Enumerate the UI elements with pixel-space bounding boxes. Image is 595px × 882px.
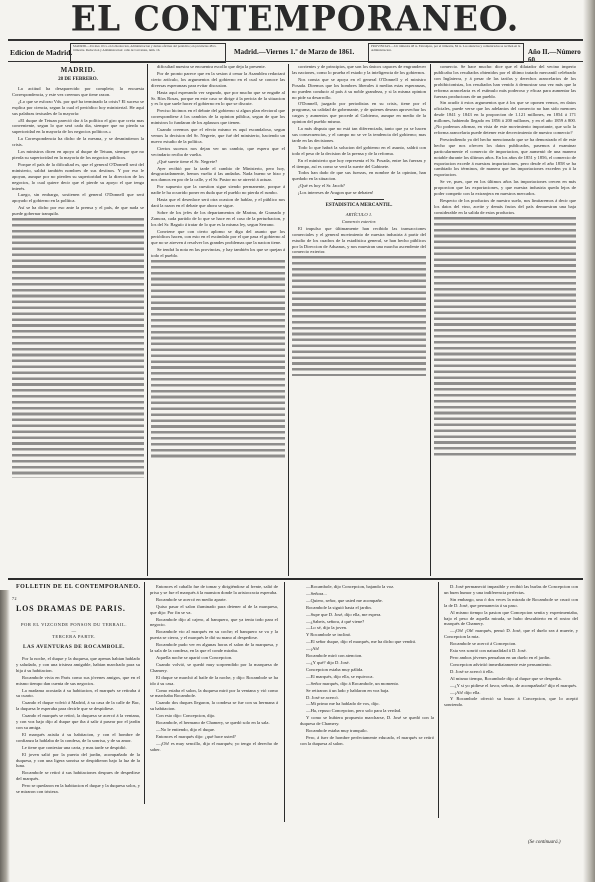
text-lines xyxy=(292,256,426,376)
paragraph: Al mismo tiempo, Rocambole dijo al duque… xyxy=(444,676,578,682)
article-number: ARTÍCULO 1. xyxy=(292,212,426,218)
feuilleton-author: POR EL VIZCONDE PONSON DU TERRAIL. xyxy=(14,622,134,627)
paragraph: Ayer recibió por la tarde el cambio de M… xyxy=(151,166,285,184)
separator-rule xyxy=(334,199,384,200)
paragraph: La más disputa que no está tan diferenci… xyxy=(292,126,426,144)
paragraph: —Rocambole, dijo Concepcion, bajando la … xyxy=(300,584,434,590)
paragraph: D. José permaneció impasible y recibió l… xyxy=(444,584,578,596)
paragraph: Luego, sin embargo, sostienen el general… xyxy=(12,192,144,204)
paragraph: Rocambole se retiró á sus habitaciones d… xyxy=(16,770,140,782)
paragraph: dificultad nuestra se encuentra escollo … xyxy=(151,64,285,70)
paragraph: Hasta que el desenlace será otra ocasion… xyxy=(151,197,285,209)
paragraph: Se retiraron á un lado y hablaron en voz… xyxy=(300,688,434,694)
paragraph: Y como se hubiera propuesto marcharse, D… xyxy=(300,715,434,727)
feuilleton-column-2: Entonces el caballo fue de tomar y dirig… xyxy=(150,584,278,816)
paragraph: Nos consta que se apoya en el general O'… xyxy=(292,77,426,101)
paragraph: En el ministerio que hoy representa el S… xyxy=(292,158,426,170)
text-lines xyxy=(12,218,144,478)
paragraph: Todos han dado de que sus fuerzas, en no… xyxy=(292,170,426,182)
column-divider xyxy=(284,582,285,822)
paragraph: Entonces el marqués dijo: ¿qué hace uste… xyxy=(150,734,278,740)
paragraph: Concepcion advirtió inmediatamente este … xyxy=(444,662,578,668)
feuilleton-number: 72 xyxy=(12,596,17,601)
masthead-bottom-rule xyxy=(8,61,584,62)
paragraph: ¿Lo que se esforzo Vds. por qué ha termi… xyxy=(12,99,144,117)
subscription-box-provinces: PROVINCIAS.—Un trimestre 48 rs. Extranje… xyxy=(368,43,524,63)
text-lines xyxy=(151,260,285,460)
paragraph: D. José se acercó. xyxy=(300,695,434,701)
paragraph: —Ha, repuso Concepcion, pero solo para l… xyxy=(300,708,434,714)
paragraph: ¡Los intereses de Aragon que se debaten! xyxy=(292,190,426,196)
paragraph: Rocambole dijo al cajero, al banquero, q… xyxy=(150,617,278,629)
paragraph: Rocambole estaba muy tranquilo. xyxy=(300,728,434,734)
paragraph: Rocambole vio al marqués en su coche; el… xyxy=(150,629,278,641)
paragraph: Cuando volvió, se quedó muy sorprendido … xyxy=(150,662,278,674)
feuilleton-column-5: D. José permaneció impasible y recibió l… xyxy=(444,584,578,824)
paragraph: —¡Ah! dijo ella. xyxy=(444,690,578,696)
section-heading-madrid: MADRID. xyxy=(12,66,144,75)
column-1: MADRID. 28 DE FEBRERO. La actitud ha des… xyxy=(12,64,144,576)
masthead-info-bar: Edicion de Madrid. MADRID.—Un mes 10 rs.… xyxy=(8,42,584,60)
paragraph: —¿Y qué? dijo D. José. xyxy=(300,660,434,666)
paragraph: Entonces el caballo fue de tomar y dirig… xyxy=(150,584,278,596)
paragraph: —Quiero, señor, que usted me acompañe. xyxy=(300,598,434,604)
paragraph: Por supuesto que la cuestion sigue siend… xyxy=(151,184,285,196)
paragraph: Pero ambos jóvenes pensaban en un duelo … xyxy=(444,655,578,661)
column-divider xyxy=(144,582,145,804)
newspaper-title: EL CONTEMPORANEO. xyxy=(0,0,590,39)
paragraph: El impulso que últimamente han recibido … xyxy=(292,226,426,256)
paragraph: Quiso pasar el salon iluminado para dete… xyxy=(150,604,278,616)
paragraph: ¿Qué suerte tiene el Sr. Negrete? xyxy=(151,159,285,165)
paragraph: Rocambole la siguió hasta el jardin. xyxy=(300,605,434,611)
paragraph: Respecto de los productos de nuestro sue… xyxy=(434,198,576,216)
date-line: Madrid.—Viernes 1.º de Marzo de 1861. xyxy=(234,48,354,56)
continuation-note: (Se continuará.) xyxy=(528,840,561,845)
paragraph: Rocambole se acercó en medio aparte. xyxy=(150,597,278,603)
paragraph: Sin embargo, una ó dos veces la mirada d… xyxy=(444,597,578,609)
paragraph: Rocambole se acercó á Concepcion. xyxy=(444,641,578,647)
column-divider xyxy=(430,64,431,576)
subscription-box-madrid: MADRID.—Un mes 10 rs. en la Redaccion, A… xyxy=(70,43,226,63)
paragraph: Pero se quedaron en la habitacion el duq… xyxy=(16,783,140,795)
paragraph: —Señor marqués, dijo á Rocambole, un mom… xyxy=(300,681,434,687)
paragraph: Al mismo tiempo la pasion que Concepcion… xyxy=(444,610,578,628)
page-edge-shadow xyxy=(583,0,595,882)
column-5: comercio. Se hace mucho: dice que el dil… xyxy=(434,64,576,576)
paragraph: Y Rocambole se inclinó. xyxy=(300,632,434,638)
paragraph: Sobre de los jefes de los departamentos … xyxy=(151,210,285,228)
paragraph: —Supe que D. José, dijo ella, me espera. xyxy=(300,612,434,618)
paragraph: Cuando el duque volvió á Madrid, á su ca… xyxy=(16,700,140,712)
paragraph: Por de pronto parece que en la sesion á … xyxy=(151,71,285,89)
newspaper-page: EL CONTEMPORANEO. Edicion de Madrid. MAD… xyxy=(0,0,595,882)
paragraph: Pero, á fuer de hombre perfectamente edu… xyxy=(300,735,434,747)
paragraph: —Lo sé, dijo la joven. xyxy=(300,625,434,631)
masthead: EL CONTEMPORANEO. xyxy=(0,0,590,38)
paragraph: Por la noche, el duque y la duquesa, que… xyxy=(16,656,140,674)
column-2: dificultad nuestra se encuentra escollo … xyxy=(151,64,285,576)
column-3: corrientes y de principios, que son los … xyxy=(292,64,426,576)
paragraph: Cuando creemos que el efecto mismo es aq… xyxy=(151,127,285,145)
paragraph: «El duque de Tetuan pareció dar á la pol… xyxy=(12,118,144,136)
paragraph: —¡Ah! xyxy=(300,646,434,652)
paragraph: Rocambole, el hermano de Chamery, se que… xyxy=(150,720,278,726)
paragraph: Sin acudir á estos argumentos que á los … xyxy=(434,100,576,135)
feuilleton-separator: — xyxy=(14,628,134,633)
paragraph: —¿Y si yo pidiese el favor, señora, de a… xyxy=(444,683,578,689)
paragraph: Todo lo que habrá la solucion del gobier… xyxy=(292,145,426,157)
text-lines xyxy=(434,217,576,457)
paragraph: Cuando el marqués se retiró, la duquesa … xyxy=(16,713,140,731)
paragraph: D. José se acercó á ella. xyxy=(444,669,578,675)
feuilleton-rule xyxy=(8,578,584,580)
paragraph: Esta vez sonrió con naturalidad á D. Jos… xyxy=(444,648,578,654)
paragraph: O'Donnell, juzgado por periodistas en su… xyxy=(292,101,426,125)
paragraph: Se ve, pues, que en los últimos años las… xyxy=(434,179,576,197)
paragraph: Los ministros dicen en apoyo al duque de… xyxy=(12,149,144,161)
paragraph: Aquella noche se apartó con Concepcion. xyxy=(150,655,278,661)
paragraph: La actitud ha desaparecido por completo;… xyxy=(12,86,144,98)
feuilleton-subtitle: LAS AVENTURAS DE ROCAMBOLE. xyxy=(14,644,134,650)
paragraph: Conviene que con cierto aplomo se diga d… xyxy=(151,229,285,247)
paragraph: Y Rocambole ofreció su brazo á Concepcio… xyxy=(444,696,578,708)
paragraph: comercio. Se hace mucho: dice que el dil… xyxy=(434,64,576,99)
paragraph: ¿Qué es hoy el Sr. Jacob? xyxy=(292,183,426,189)
paragraph: Con esto dijo: Concepcion, dijo. xyxy=(150,713,278,719)
paragraph: Como estaba el salon, la duquesa miró po… xyxy=(150,688,278,700)
paragraph: —El señor duque, dijo el marqués, me ha … xyxy=(300,639,434,645)
feuilleton-column-1: Por la noche, el duque y la duquesa, que… xyxy=(16,656,140,801)
paragraph: Concepcion estaba muy pálida. xyxy=(300,667,434,673)
paragraph: —¡Oh! ¡Oh! marqués, pensó D. José, que e… xyxy=(444,628,578,640)
column-divider xyxy=(147,64,148,576)
feuilleton-part: TERCERA PARTE. xyxy=(14,634,134,639)
paragraph: —¿Sabeis, señora, á qué viene? xyxy=(300,619,434,625)
paragraph: Rocambole miró con atencion. xyxy=(300,653,434,659)
article-subtitle: Comercio exterior. xyxy=(292,219,426,225)
paragraph: El marqués asistía á su habitacion, y co… xyxy=(16,732,140,744)
paragraph: Prescindiendo ya del hecho mencionado qu… xyxy=(434,137,576,178)
paragraph: Le tiene que contestar una carta, y mas … xyxy=(16,745,140,751)
paragraph: Hasta aquí esperando ver segundo, que po… xyxy=(151,90,285,108)
paragraph: La madama acostada á su habitacion, el m… xyxy=(16,688,140,700)
paragraph: —Señora... xyxy=(300,591,434,597)
paragraph: —El marqués, dijo ella, se equivoca. xyxy=(300,674,434,680)
paragraph: corrientes y de principios, que son los … xyxy=(292,64,426,76)
section-date: 28 DE FEBRERO. xyxy=(12,77,144,83)
feuilleton-header: FOLLETIN DE EL CONTEMPORANEO. xyxy=(16,584,141,590)
paragraph: Cuando dos duques llegaron, la condesa s… xyxy=(150,700,278,712)
column-divider xyxy=(438,582,439,818)
paragraph: El joven salió por la puerta del jardin,… xyxy=(16,752,140,770)
paragraph: Ciertos sucesos nos dejan ver un cambio,… xyxy=(151,146,285,158)
paragraph: Así se ha dicho por eso ante la prensa y… xyxy=(12,205,144,217)
paragraph: La Correspondencia ha dicho de la mesma,… xyxy=(12,136,144,148)
page-binding-shadow xyxy=(0,590,10,882)
paragraph: Preciso hicimos en el debate del gobiern… xyxy=(151,108,285,126)
feuilleton-column-4: —Rocambole, dijo Concepcion, bajando la … xyxy=(300,584,434,824)
paragraph: Se tendrá la nota en las provincias, y h… xyxy=(151,247,285,259)
paragraph: —No le entiendo, dijo el duque. xyxy=(150,727,278,733)
column-divider xyxy=(288,64,289,576)
section-heading-statistics: ESTADISTICA MERCANTIL. xyxy=(292,203,426,209)
paragraph: —Mi primo me ha hablado de vos, dijo. xyxy=(300,701,434,707)
paragraph: Rocambole pudo ver en algunas horas el s… xyxy=(150,642,278,654)
masthead-rule xyxy=(8,39,584,41)
paragraph: Rocambole vivia en Paris como sus jóvene… xyxy=(16,675,140,687)
feuilleton-title: LOS DRAMAS DE PARIS. xyxy=(16,604,126,613)
paragraph: El duque se marchó al baile de la noche,… xyxy=(150,675,278,687)
edition-label: Edicion de Madrid. xyxy=(10,48,72,57)
paragraph: Porque el país de la dificultad es, que … xyxy=(12,162,144,192)
paragraph: —¡Oh! es muy sencillo, dijo el marqués; … xyxy=(150,741,278,753)
